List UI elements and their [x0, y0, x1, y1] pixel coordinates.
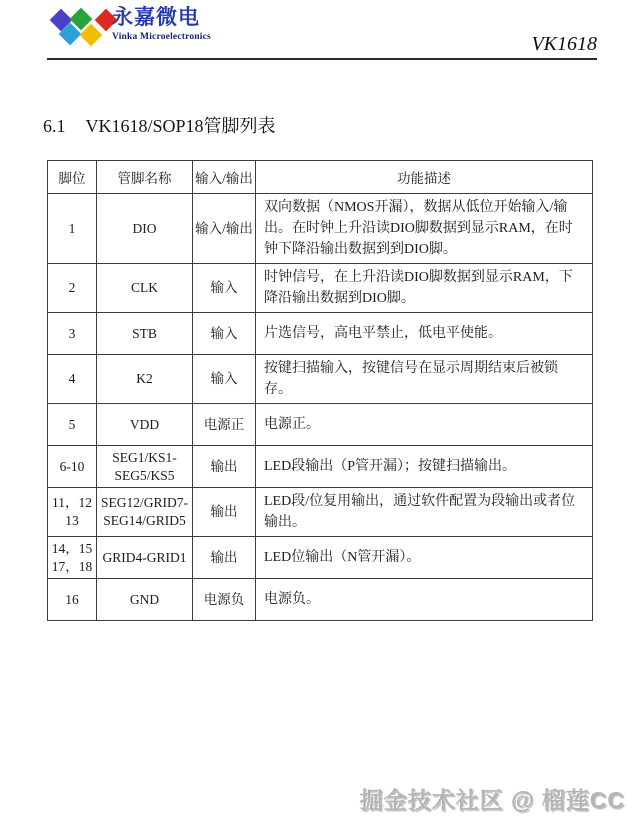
section-number: 6.1: [43, 116, 66, 136]
pin-desc: 电源正。: [256, 404, 593, 446]
table-row: 1 DIO 输入/输出 双向数据（NMOS开漏），数据从低位开始输入/输出。在时…: [48, 194, 593, 264]
logo-text: 永嘉微电 Vinka Microelectronics: [112, 6, 211, 42]
pin-name: STB: [97, 313, 193, 355]
table-row: 2 CLK 输入 时钟信号，在上升沿读DIO脚数据到显示RAM，下降沿输出数据到…: [48, 264, 593, 313]
pin-number: 1: [48, 194, 97, 264]
col-header-io: 输入/输出: [193, 161, 256, 194]
pin-io: 电源正: [193, 404, 256, 446]
pin-number: 5: [48, 404, 97, 446]
section-title-text: VK1618/SOP18管脚列表: [86, 116, 276, 136]
pin-number: 14，15 17，18: [48, 537, 97, 579]
logo-name-english: Vinka Microelectronics: [112, 32, 211, 42]
pin-desc: 时钟信号，在上升沿读DIO脚数据到显示RAM，下降沿输出数据到DIO脚。: [256, 264, 593, 313]
pin-io: 输入: [193, 355, 256, 404]
table-row: 16 GND 电源负 电源负。: [48, 579, 593, 621]
pin-name: GND: [97, 579, 193, 621]
pin-list-table: 脚位 管脚名称 输入/输出 功能描述 1 DIO 输入/输出 双向数据（NMOS…: [47, 160, 593, 621]
section-heading: 6.1VK1618/SOP18管脚列表: [43, 112, 276, 138]
pin-io: 输入: [193, 313, 256, 355]
pin-number: 4: [48, 355, 97, 404]
pin-number: 6-10: [48, 446, 97, 488]
col-header-desc: 功能描述: [256, 161, 593, 194]
pin-number: 11，12 13: [48, 488, 97, 537]
pin-number: 2: [48, 264, 97, 313]
pin-desc: 双向数据（NMOS开漏），数据从低位开始输入/输出。在时钟上升沿读DIO脚数据到…: [256, 194, 593, 264]
pin-desc: 片选信号，高电平禁止，低电平使能。: [256, 313, 593, 355]
pin-io: 输出: [193, 488, 256, 537]
pin-io: 输入/输出: [193, 194, 256, 264]
table-row: 6-10 SEG1/KS1- SEG5/KS5 输出 LED段输出（P管开漏）；…: [48, 446, 593, 488]
table-row: 4 K2 输入 按键扫描输入，按键信号在显示周期结束后被锁存。: [48, 355, 593, 404]
pin-number: 3: [48, 313, 97, 355]
col-header-pin: 脚位: [48, 161, 97, 194]
pin-io: 电源负: [193, 579, 256, 621]
pin-number: 16: [48, 579, 97, 621]
table-row: 5 VDD 电源正 电源正。: [48, 404, 593, 446]
pin-name: DIO: [97, 194, 193, 264]
table-header-row: 脚位 管脚名称 输入/输出 功能描述: [48, 161, 593, 194]
pin-io: 输入: [193, 264, 256, 313]
pin-name: GRID4-GRID1: [97, 537, 193, 579]
logo-name-chinese: 永嘉微电: [112, 6, 211, 30]
datasheet-page: 永嘉微电 Vinka Microelectronics VK1618 6.1VK…: [0, 0, 638, 835]
pin-desc: 电源负。: [256, 579, 593, 621]
document-part-number: VK1618: [531, 33, 597, 56]
pin-name: SEG12/GRID7- SEG14/GRID5: [97, 488, 193, 537]
table-row: 14，15 17，18 GRID4-GRID1 输出 LED位输出（N管开漏）。: [48, 537, 593, 579]
pin-name: K2: [97, 355, 193, 404]
page-header: 永嘉微电 Vinka Microelectronics VK1618: [47, 0, 597, 60]
table-row: 11，12 13 SEG12/GRID7- SEG14/GRID5 输出 LED…: [48, 488, 593, 537]
vinka-logo: 永嘉微电 Vinka Microelectronics: [47, 2, 277, 58]
pin-desc: LED段/位复用输出，通过软件配置为段输出或者位输出。: [256, 488, 593, 537]
pin-name: VDD: [97, 404, 193, 446]
pin-desc: LED段输出（P管开漏）；按键扫描输出。: [256, 446, 593, 488]
watermark-text: 掘金技术社区 @ 榴莲CC: [360, 782, 625, 815]
pin-desc: LED位输出（N管开漏）。: [256, 537, 593, 579]
pin-desc: 按键扫描输入，按键信号在显示周期结束后被锁存。: [256, 355, 593, 404]
table-row: 3 STB 输入 片选信号，高电平禁止，低电平使能。: [48, 313, 593, 355]
col-header-name: 管脚名称: [97, 161, 193, 194]
pin-io: 输出: [193, 537, 256, 579]
pin-name: SEG1/KS1- SEG5/KS5: [97, 446, 193, 488]
pin-io: 输出: [193, 446, 256, 488]
pin-name: CLK: [97, 264, 193, 313]
